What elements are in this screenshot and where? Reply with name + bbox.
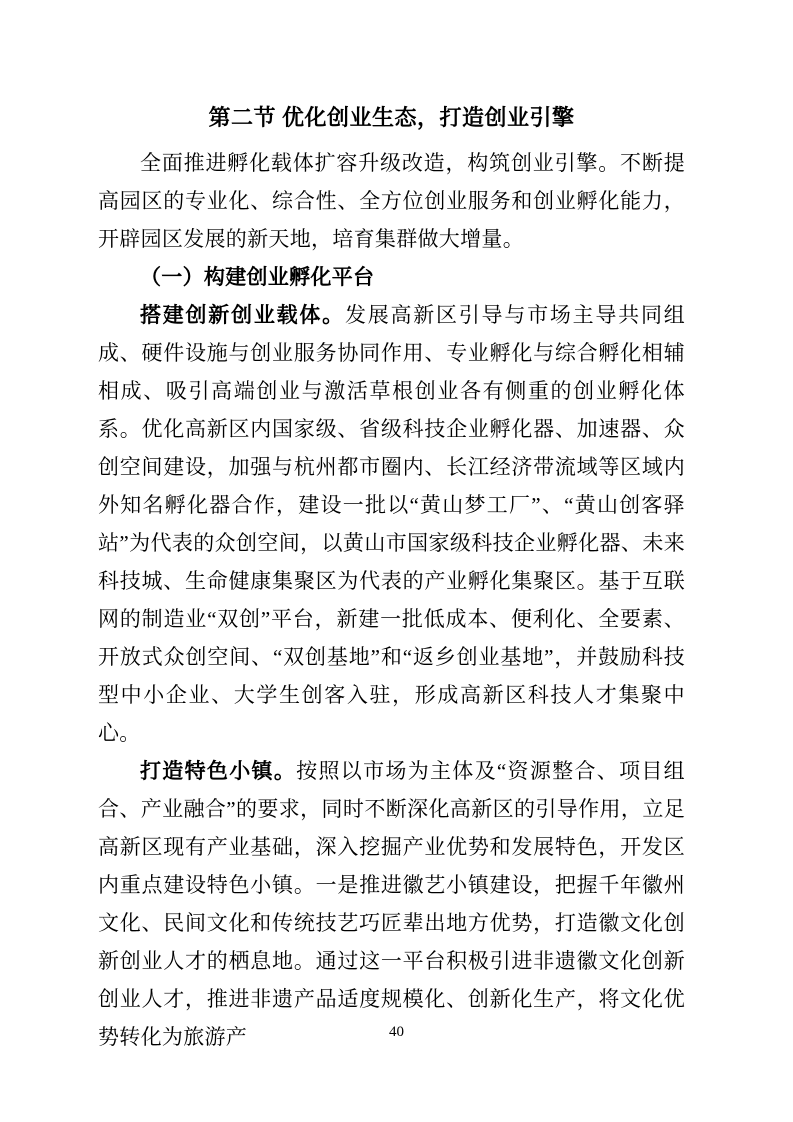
document-page: 第二节 优化创业生态，打造创业引擎 全面推进孵化载体扩容升级改造，构筑创业引擎。…	[0, 0, 793, 1122]
paragraph-body-text: 发展高新区引导与市场主导共同组成、硬件设施与创业服务协同作用、专业孵化与综合孵化…	[98, 303, 685, 745]
page-content: 第二节 优化创业生态，打造创业引擎 全面推进孵化载体扩容升级改造，构筑创业引擎。…	[98, 99, 685, 1056]
paragraph-intro: 全面推进孵化载体扩容升级改造，构筑创业引擎。不断提高园区的专业化、综合性、全方位…	[98, 144, 685, 258]
subsection-heading: （一）构建创业孵化平台	[98, 258, 685, 296]
section-title: 第二节 优化创业生态，打造创业引擎	[98, 99, 685, 137]
paragraph-body-text: 按照以市场为主体及“资源整合、项目组合、产业融合”的要求，同时不断深化高新区的引…	[98, 759, 685, 1049]
paragraph-characteristic-town: 打造特色小镇。按照以市场为主体及“资源整合、项目组合、产业融合”的要求，同时不断…	[98, 752, 685, 1056]
page-number: 40	[0, 1022, 793, 1042]
paragraph-incubation-platform: 搭建创新创业载体。发展高新区引导与市场主导共同组成、硬件设施与创业服务协同作用、…	[98, 296, 685, 752]
paragraph-lead-bold: 打造特色小镇。	[140, 759, 296, 783]
paragraph-lead-bold: 搭建创新创业载体。	[140, 303, 345, 327]
